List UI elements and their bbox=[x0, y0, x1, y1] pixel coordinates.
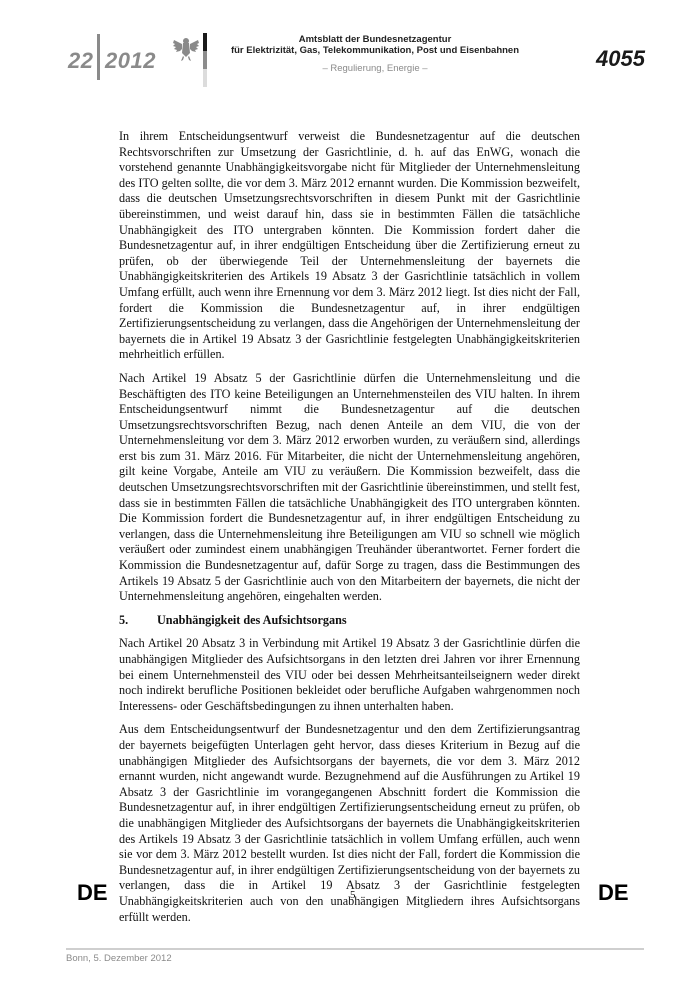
gazette-page-number: 4055 bbox=[596, 46, 645, 72]
issue-divider bbox=[97, 34, 100, 80]
section-heading: 5.Unabhängigkeit des Aufsichtsorgans bbox=[119, 613, 580, 629]
body-paragraph: Nach Artikel 20 Absatz 3 in Verbindung m… bbox=[119, 636, 580, 714]
footer-divider bbox=[66, 948, 644, 950]
language-mark-right: DE bbox=[598, 880, 629, 906]
flag-stripe bbox=[203, 33, 207, 87]
masthead-subtitle: für Elektrizität, Gas, Telekommunikation… bbox=[230, 45, 520, 56]
issue-year: 2012 bbox=[105, 48, 156, 74]
issue-number: 22 bbox=[68, 48, 93, 74]
body-paragraph: Nach Artikel 19 Absatz 5 der Gasrichtlin… bbox=[119, 371, 580, 605]
section-number: 5. bbox=[119, 613, 157, 629]
masthead: Amtsblatt der Bundesnetzagentur für Elek… bbox=[230, 34, 520, 74]
masthead-title: Amtsblatt der Bundesnetzagentur bbox=[230, 34, 520, 45]
publication-date: Bonn, 5. Dezember 2012 bbox=[66, 953, 172, 964]
section-title: Unabhängigkeit des Aufsichtsorgans bbox=[157, 613, 347, 627]
masthead-section: – Regulierung, Energie – bbox=[230, 63, 520, 74]
page-header: 22 2012 Amtsblatt der Bundesnetzagentur … bbox=[0, 0, 700, 100]
document-page-number: 5 bbox=[350, 889, 356, 901]
document-body: In ihrem Entscheidungsentwurf verweist d… bbox=[119, 129, 580, 933]
body-paragraph: In ihrem Entscheidungsentwurf verweist d… bbox=[119, 129, 580, 363]
language-mark-left: DE bbox=[77, 880, 108, 906]
federal-eagle-icon bbox=[172, 36, 200, 62]
